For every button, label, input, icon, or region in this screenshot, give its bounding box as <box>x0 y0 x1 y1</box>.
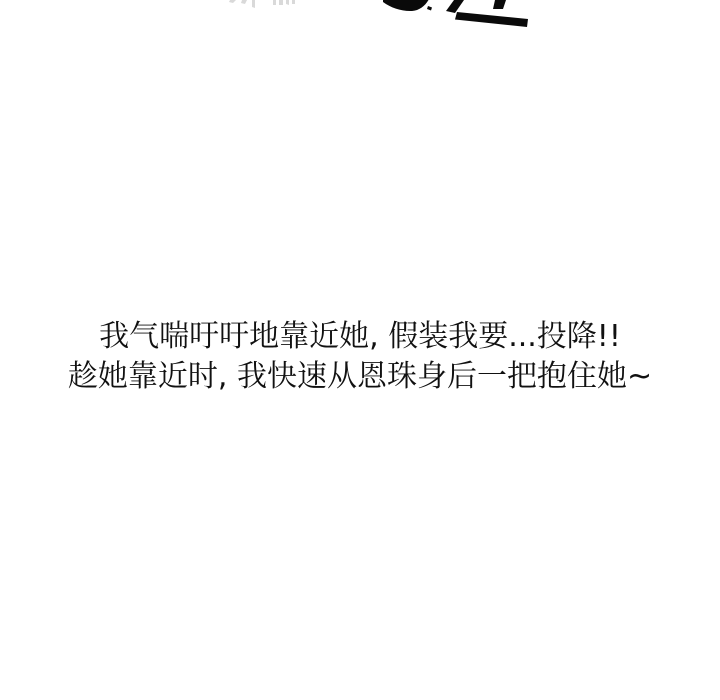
caption-line-2: 趁她靠近时, 我快速从恩珠身后一把抱住她~ <box>0 357 720 397</box>
ink-speck <box>427 6 432 11</box>
vertical-stem-stub <box>493 0 506 9</box>
faint-stroke-remnants <box>229 0 295 8</box>
horizontal-bar-stroke <box>455 12 528 27</box>
caption-line-1: 我气喘吁吁地靠近她, 假装我要...投降!! <box>0 317 720 357</box>
diagonal-stroke-tip <box>446 0 464 13</box>
comic-page: 我气喘吁吁地靠近她, 假装我要...投降!! 趁她靠近时, 我快速从恩珠身后一把… <box>0 0 720 700</box>
cutoff-sfx-lettering <box>0 0 720 40</box>
curved-stroke-tip <box>383 0 429 11</box>
caption-block: 我气喘吁吁地靠近她, 假装我要...投降!! 趁她靠近时, 我快速从恩珠身后一把… <box>0 317 720 397</box>
